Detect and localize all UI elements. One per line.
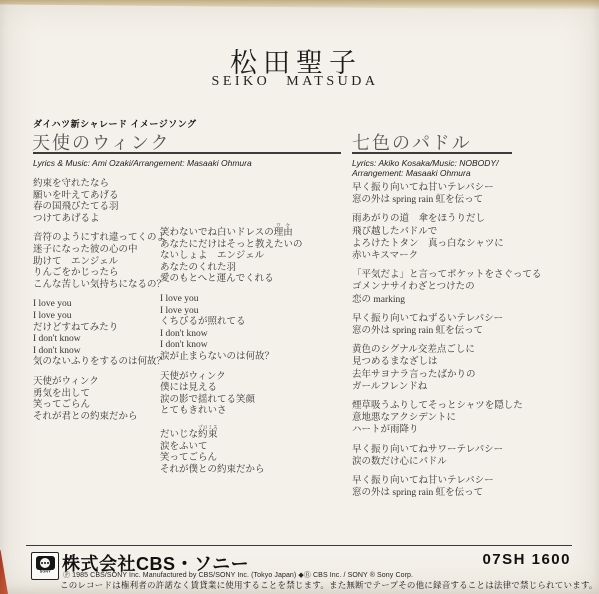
lyric-line: 助けて エンジェル bbox=[33, 257, 168, 269]
lyric-line: 涙の数だけ心にパドル bbox=[352, 456, 567, 468]
lyric-line: 去年サヨナラ言ったばかりの bbox=[352, 369, 567, 381]
lyric-line: 願いを叶えてあげる bbox=[33, 191, 168, 203]
lyric-line: I don't know bbox=[160, 340, 325, 352]
lyric-line: I love you bbox=[33, 299, 168, 311]
cbs-sony-logo-mark bbox=[36, 556, 55, 570]
lyric-line: ゴメンナサイわざとつけたの bbox=[352, 281, 567, 293]
stanza: 雨あがりの道 傘をほうりだし飛び越したパドルでよろけたトタン 真っ白なシャツに赤… bbox=[352, 213, 567, 262]
lyric-line: 僕には見える bbox=[160, 383, 325, 395]
song2-divider bbox=[352, 152, 512, 154]
lyric-line: 早く振り向いてねずるいテレパシー bbox=[352, 313, 567, 325]
lyric-line: 気のないふりをするのは何故？ bbox=[33, 357, 168, 369]
lyric-line: くちびるが照れてる bbox=[160, 317, 325, 329]
lyric-line: I love you bbox=[160, 306, 325, 318]
lyric-line: 春の国飛びたてる羽 bbox=[33, 202, 168, 214]
lyric-line: 涙の影で揺れてる笑顔 bbox=[160, 395, 325, 407]
lyric-line: 天使がウィンク bbox=[160, 372, 325, 384]
stanza: 天使がウィンク勇気を出して笑ってごらんそれが君との約束だから bbox=[33, 377, 168, 423]
song1-credits-line: Lyrics & Music: Ami Ozaki/Arrangement: M… bbox=[33, 158, 252, 168]
song1-lyrics-column-2: 笑わないでね白いドレスの理由ワケあなたにだけはそっと教えたいのないしょよ エンジ… bbox=[160, 224, 325, 484]
lyric-line: 早く振り向いてねサワーテレパシー bbox=[352, 444, 567, 456]
song1-credits: Lyrics & Music: Ami Ozaki/Arrangement: M… bbox=[33, 158, 252, 168]
lyric-line: 黄色のシグナル交差点ごしに bbox=[352, 344, 567, 356]
song2-credits-line: Arrangement: Masaaki Ohmura bbox=[352, 168, 498, 178]
lyric-line: 恋の marking bbox=[352, 294, 567, 306]
lyric-line: とてもきれいさ bbox=[160, 406, 325, 418]
lyric-line: それが僕との約束だから bbox=[160, 465, 325, 477]
lyric-line: ないしょよ エンジェル bbox=[160, 251, 325, 263]
sleeve-top-edge bbox=[0, 0, 599, 10]
record-sleeve-back: 松田聖子 SEIKO MATSUDA ダイハツ新シャレード イメージソング 天使… bbox=[0, 0, 599, 594]
cbs-sony-logo-circle-icon bbox=[40, 558, 50, 568]
stanza: 天使がウィンク僕には見える涙の影で揺れてる笑顔とてもきれいさ bbox=[160, 372, 325, 418]
lyric-line: I love you bbox=[160, 294, 325, 306]
lyric-line: 笑ってごらん bbox=[33, 400, 168, 412]
lyric-line: 窓の外は spring rain 虹を伝って bbox=[352, 325, 567, 337]
lyric-line: 迷子になった彼の心の中 bbox=[33, 245, 168, 257]
lyric-line: 「平気だよ」と言ってポケットをさぐってる bbox=[352, 269, 567, 281]
lyric-line: ガールフレンドね bbox=[352, 381, 567, 393]
lyric-line: りんごをかじったら bbox=[33, 268, 168, 280]
lyric-line: つけてあげるよ bbox=[33, 214, 168, 226]
lyric-line: 窓の外は spring rain 虹を伝って bbox=[352, 194, 567, 206]
lyric-line: あなたのくれた羽 bbox=[160, 263, 325, 275]
song1-lyrics-column-1: 約束を守れたなら願いを叶えてあげる春の国飛びたてる羽つけてあげるよ音符のようにす… bbox=[33, 179, 168, 431]
stanza: 早く振り向いてねずるいテレパシー窓の外は spring rain 虹を伝って bbox=[352, 313, 567, 337]
lyric-line: 音符のようにすれ違ってくのよ bbox=[33, 233, 168, 245]
song1-divider bbox=[33, 152, 341, 154]
stanza: だいじな約束プロミス涙をふいて笑ってごらんそれが僕との約束だから bbox=[160, 426, 325, 476]
lyric-line: 勇気を出して bbox=[33, 389, 168, 401]
stanza: 「平気だよ」と言ってポケットをさぐってるゴメンナサイわざとつけたの恋の mark… bbox=[352, 269, 567, 306]
lyric-line: ハートが雨降り bbox=[352, 424, 567, 436]
song2-credits: Lyrics: Akiko Kosaka/Music: NOBODY/ Arra… bbox=[352, 158, 498, 178]
song2-lyrics-column: 早く振り向いてね甘いテレパシー窓の外は spring rain 虹を伝って雨あが… bbox=[352, 182, 567, 506]
lyric-line: 涙をふいて bbox=[160, 442, 325, 454]
lyric-line: I don't know bbox=[160, 329, 325, 341]
lyric-line: 笑わないでね白いドレスの理由ワケ bbox=[160, 224, 325, 240]
lyric-line: 約束を守れたなら bbox=[33, 179, 168, 191]
lyric-line: こんな苦しい気持ちになるの？ bbox=[33, 280, 168, 292]
lyric-line: よろけたトタン 真っ白なシャツに bbox=[352, 238, 567, 250]
lyric-line: 窓の外は spring rain 虹を伝って bbox=[352, 487, 567, 499]
cbs-sony-logo-text: SONY bbox=[39, 570, 50, 574]
lyric-line: 赤いキスマーク bbox=[352, 250, 567, 262]
lyric-line: I love you bbox=[33, 311, 168, 323]
stanza: 約束を守れたなら願いを叶えてあげる春の国飛びたてる羽つけてあげるよ bbox=[33, 179, 168, 225]
lyric-line: 早く振り向いてね甘いテレパシー bbox=[352, 475, 567, 487]
lyric-line: 天使がウィンク bbox=[33, 377, 168, 389]
song2-credits-line: Lyrics: Akiko Kosaka/Music: NOBODY/ bbox=[352, 158, 498, 168]
stanza: 煙草吸うふりしてそっとシャツを隠した意地悪なアクシデントにハートが雨降り bbox=[352, 400, 567, 437]
lyric-line: 見つめるまなざしは bbox=[352, 356, 567, 368]
stanza: 早く振り向いてね甘いテレパシー窓の外は spring rain 虹を伝って bbox=[352, 475, 567, 499]
lyric-line: だいじな約束プロミス bbox=[160, 426, 325, 442]
stanza: I love youI love youくちびるが照れてるI don't kno… bbox=[160, 294, 325, 364]
lyric-line: あなたにだけはそっと教えたいの bbox=[160, 240, 325, 252]
lyric-line: 愛のもとへと運んでくれる bbox=[160, 274, 325, 286]
catalog-number: 07SH 1600 bbox=[482, 551, 571, 568]
lyric-line: 煙草吸うふりしてそっとシャツを隠した bbox=[352, 400, 567, 412]
lyric-line: 飛び越したパドルで bbox=[352, 226, 567, 238]
artist-name-english: SEIKO MATSUDA bbox=[0, 74, 590, 90]
stanza: 早く振り向いてねサワーテレパシー涙の数だけ心にパドル bbox=[352, 444, 567, 468]
rental-notice-line: このレコードは権利者の許諾なく賃貸業に使用することを禁じます。また無断でテープそ… bbox=[60, 579, 598, 591]
lyric-line: 意地悪なアクシデントに bbox=[352, 412, 567, 424]
lyric-line: 早く振り向いてね甘いテレパシー bbox=[352, 182, 567, 194]
lyric-line: 涙が止まらないのは何故？ bbox=[160, 352, 325, 364]
lyric-line: I don't know bbox=[33, 334, 168, 346]
lyric-line: 雨あがりの道 傘をほうりだし bbox=[352, 213, 567, 225]
footer-divider bbox=[26, 545, 572, 546]
stanza: 笑わないでね白いドレスの理由ワケあなたにだけはそっと教えたいのないしょよ エンジ… bbox=[160, 224, 325, 286]
cbs-sony-logo: SONY bbox=[31, 552, 59, 580]
stanza: 黄色のシグナル交差点ごしに見つめるまなざしは去年サヨナラ言ったばかりのガールフレ… bbox=[352, 344, 567, 393]
stanza: I love youI love youだけどすねてみたりI don't kno… bbox=[33, 299, 168, 369]
lyric-line: I don't know bbox=[33, 346, 168, 358]
photo-red-edge bbox=[0, 550, 8, 594]
lyric-line: だけどすねてみたり bbox=[33, 323, 168, 335]
lyric-line: それが君との約束だから bbox=[33, 412, 168, 424]
stanza: 音符のようにすれ違ってくのよ迷子になった彼の心の中助けて エンジェルりんごをかじ… bbox=[33, 233, 168, 291]
lyric-line: 笑ってごらん bbox=[160, 453, 325, 465]
stanza: 早く振り向いてね甘いテレパシー窓の外は spring rain 虹を伝って bbox=[352, 182, 567, 206]
